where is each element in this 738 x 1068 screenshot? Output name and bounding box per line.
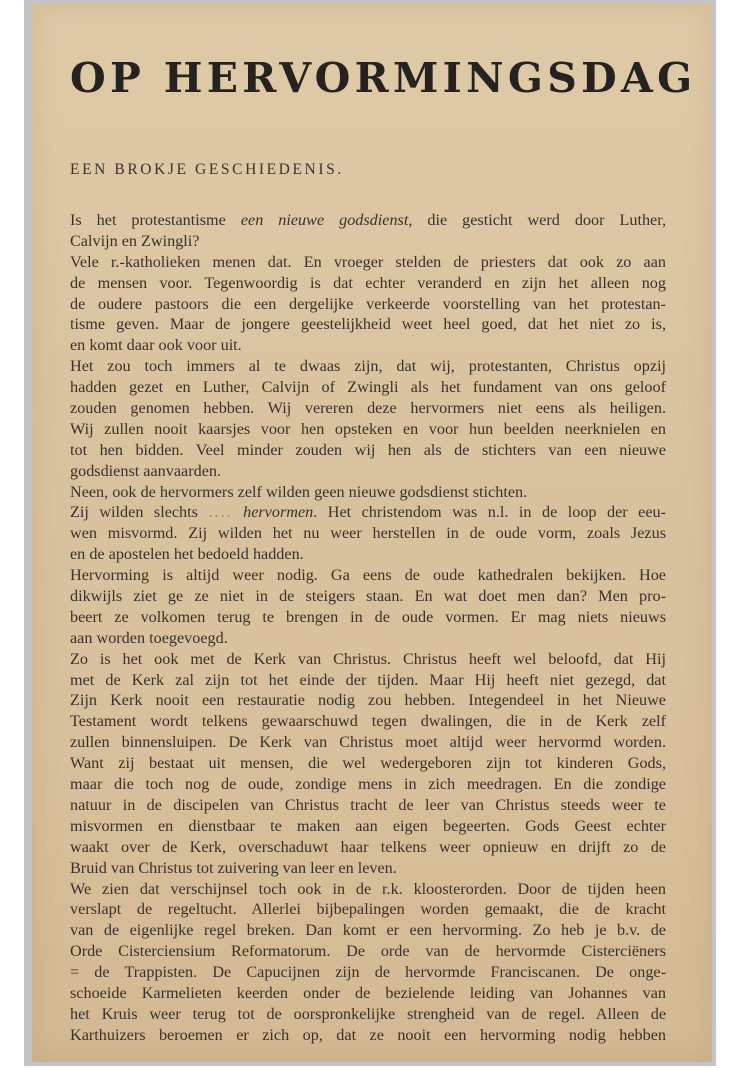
text-line: tot hen bidden. Veel minder zouden wij h… [70,440,666,461]
text-run: Wij zullen nooit kaarsjes voor hen opste… [70,420,666,438]
text-run: Is het protestantisme [70,211,241,229]
text-run: aan worden toegevoegd. [70,629,228,647]
text-run: Neen, ook de hervormers zelf wilden geen… [70,483,527,501]
text-run: We zien dat verschijnsel toch ook in de … [70,880,666,898]
text-run: Zo is het ook met de Kerk van Christus. … [70,650,666,668]
text-run: de mensen voor. Tegenwoordig is dat echt… [70,274,666,292]
text-run: dikwijls ziet ge ze niet in de steigers … [70,587,666,605]
text-line: Zo is het ook met de Kerk van Christus. … [70,649,666,670]
text-run: het Kruis weer terug tot de oorspronkeli… [70,1005,666,1023]
text-line: Vele r.-katholieken menen dat. En vroege… [70,252,666,273]
italic-emphasis: een nieuwe godsdienst [241,211,409,229]
text-line: natuur in de discipelen van Christus tra… [70,795,666,816]
text-run: natuur in de discipelen van Christus tra… [70,796,666,814]
text-run: zouden genomen hebben. Wij vereren deze … [70,399,666,417]
text-line: Neen, ook de hervormers zelf wilden geen… [70,482,666,503]
text-line: maar die toch nog de oude, zondige mens … [70,774,666,795]
text-line: Want zij bestaat uit mensen, die wel wed… [70,753,666,774]
text-run: Het zou toch immers al te dwaas zijn, da… [70,357,666,375]
text-run: Bruid van Christus tot zuivering van lee… [70,859,397,877]
text-line: Zijn Kerk nooit een restauratie nodig zo… [70,690,666,711]
text-line: Karthuizers beroemen er zich op, dat ze … [70,1025,666,1046]
text-line: Hervorming is altijd weer nodig. Ga eens… [70,565,666,586]
text-run: Zijn Kerk nooit een restauratie nodig zo… [70,691,666,709]
text-line: Calvijn en Zwingli? [70,231,666,252]
text-line: Zij wilden slechts .... hervormen. Het c… [70,502,666,523]
section-subtitle: EEN BROKJE GESCHIEDENIS. [70,161,344,179]
text-run [233,503,243,521]
text-line: misvormen en dienstbaar te maken aan eig… [70,816,666,837]
text-run: en komt daar ook voor uit. [70,336,242,354]
text-line: en komt daar ook voor uit. [70,335,666,356]
text-line: verslapt de regeltucht. Allerlei bijbepa… [70,899,666,920]
text-line: Is het protestantisme een nieuwe godsdie… [70,210,666,231]
text-line: het Kruis weer terug tot de oorspronkeli… [70,1004,666,1025]
text-line: de oudere pastoors die een dergelijke ve… [70,294,666,315]
text-run: hadden gezet en Luther, Calvijn of Zwing… [70,378,666,396]
text-run: tisme geven. Maar de jongere geestelijkh… [70,315,666,333]
text-line: godsdienst aanvaarden. [70,461,666,482]
text-run: de oudere pastoors die een dergelijke ve… [70,295,666,313]
text-run: Hervorming is altijd weer nodig. Ga eens… [70,566,666,584]
text-line: van de eigenlijke regel breken. Dan komt… [70,920,666,941]
text-run: verslapt de regeltucht. Allerlei bijbepa… [70,900,666,918]
text-run: tot hen bidden. Veel minder zouden wij h… [70,441,666,459]
page-title: OP HERVORMINGSDAG [70,58,696,99]
text-run: Calvijn en Zwingli? [70,232,199,250]
text-line: Wij zullen nooit kaarsjes voor hen opste… [70,419,666,440]
text-run: Testament wordt telkens gewaarschuwd teg… [70,712,666,730]
text-run: , die gesticht werd door Luther, [408,211,666,229]
text-line: We zien dat verschijnsel toch ook in de … [70,879,666,900]
text-run: Orde Cisterciensium Reformatorum. De ord… [70,942,666,960]
text-run: = de Trappisten. De Capucijnen zijn de h… [70,963,666,981]
text-line: Orde Cisterciensium Reformatorum. De ord… [70,941,666,962]
text-line: Bruid van Christus tot zuivering van lee… [70,858,666,879]
text-line: en de apostelen het bedoeld hadden. [70,544,666,565]
text-line: met de Kerk zal zijn tot het einde der t… [70,670,666,691]
text-run: Want zij bestaat uit mensen, die wel wed… [70,754,666,772]
text-line: tisme geven. Maar de jongere geestelijkh… [70,314,666,335]
text-line: zouden genomen hebben. Wij vereren deze … [70,398,666,419]
text-line: Testament wordt telkens gewaarschuwd teg… [70,711,666,732]
text-run: maar die toch nog de oude, zondige mens … [70,775,666,793]
text-run: . Het christendom was n.l. in de loop de… [313,503,666,521]
text-run: misvormen en dienstbaar te maken aan eig… [70,817,666,835]
text-line: hadden gezet en Luther, Calvijn of Zwing… [70,377,666,398]
text-line: dikwijls ziet ge ze niet in de steigers … [70,586,666,607]
article-body: Is het protestantisme een nieuwe godsdie… [70,210,666,1046]
text-run: godsdienst aanvaarden. [70,462,221,480]
ellipsis-dots: .... [208,503,232,521]
text-run: schoeide Karmelieten keerden onder de be… [70,984,666,1002]
text-run: Vele r.-katholieken menen dat. En vroege… [70,253,666,271]
text-line: = de Trappisten. De Capucijnen zijn de h… [70,962,666,983]
text-line: schoeide Karmelieten keerden onder de be… [70,983,666,1004]
text-run: met de Kerk zal zijn tot het einde der t… [70,671,666,689]
italic-emphasis: hervormen [243,503,313,521]
text-line: de mensen voor. Tegenwoordig is dat echt… [70,273,666,294]
text-line: Het zou toch immers al te dwaas zijn, da… [70,356,666,377]
text-line: beert ze volkomen terug te brengen in de… [70,607,666,628]
text-run: en de apostelen het bedoeld hadden. [70,545,304,563]
text-line: aan worden toegevoegd. [70,628,666,649]
text-run: Karthuizers beroemen er zich op, dat ze … [70,1026,666,1044]
text-run: zullen binnensluipen. De Kerk van Christ… [70,733,666,751]
text-line: wen misvormd. Zij wilden het nu weer her… [70,523,666,544]
text-line: zullen binnensluipen. De Kerk van Christ… [70,732,666,753]
text-run: Zij wilden slechts [70,503,208,521]
text-run: waakt over de Kerk, overschaduwt haar te… [70,838,666,856]
text-line: waakt over de Kerk, overschaduwt haar te… [70,837,666,858]
text-run: wen misvormd. Zij wilden het nu weer her… [70,524,666,542]
text-run: van de eigenlijke regel breken. Dan komt… [70,921,666,939]
text-run: beert ze volkomen terug te brengen in de… [70,608,666,626]
